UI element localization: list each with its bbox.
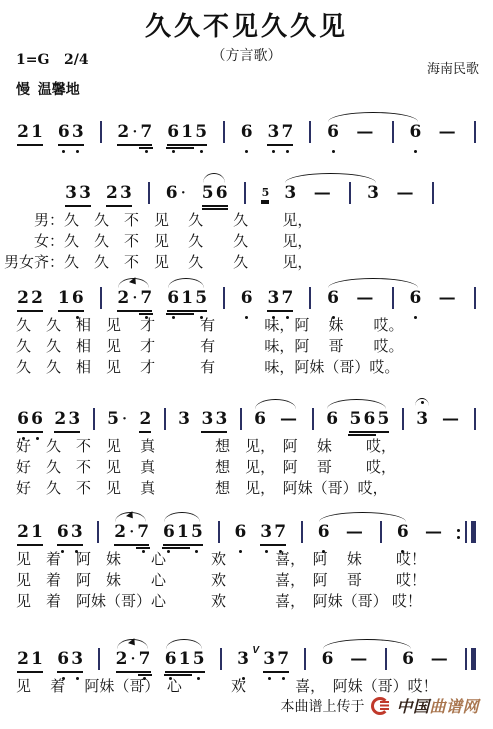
note: 6 [58,123,70,142]
note: 6 [322,650,334,669]
barline [392,121,394,143]
voice-label: 女： [0,231,64,252]
extra-beam-line [139,313,153,315]
note-group: 615 [166,123,208,154]
lyrics-block: 久 久 相 见 才 有 味，阿 妹 哎。久 久 相 见 才 有 味，阿 哥 哎。… [16,315,493,378]
note-group: 3V [236,650,250,681]
lyric-text: 久 久 不 见 久 久 见， [64,252,312,273]
low-octave-dot [61,550,64,553]
lyric-row: 久 久 相 见 才 有 味，阿 哥 哎。 [16,336,493,357]
low-octave-dot [279,550,282,553]
lyric-text: 好 久 不 见 真 想 见， 阿妹（哥）哎， [16,478,388,499]
brand-name-dark: 中国 [396,699,429,716]
low-octave-dot [332,150,335,153]
barline-thin [465,521,467,543]
barline-thin [465,648,467,670]
note: 2 [54,410,66,429]
note: 2 [116,650,128,669]
dash-note: — [311,184,333,203]
beam-line [58,310,84,312]
note-group: — [422,523,446,554]
tie-arc [319,512,406,522]
fermata-icon [415,398,429,406]
note-group: 21 [16,650,44,681]
low-octave-dot [286,150,289,153]
note: 3 [65,184,77,203]
note-group: 5· [106,410,129,441]
dot-after: · [128,523,135,542]
lyric-row: 好 久 不 见 真 想 见， 阿妹（哥）哎， [16,478,493,499]
note-group: — [435,123,459,154]
tie-arc [328,278,418,288]
dot-after: · [130,650,137,669]
note: 7 [140,123,152,142]
note-group: 615 [164,650,206,681]
key-time-signature: 1=G 2/4 [16,52,89,68]
low-octave-dot [245,150,248,153]
lyrics-block: 男：久 久 不 见 久 久 见，女：久 久 不 见 久 久 见，男女齐：久 久 … [0,210,493,273]
beam-line [201,431,227,433]
note: 7 [140,289,152,308]
barline [432,182,434,204]
extra-beam-line [166,313,180,315]
brand-name-light: 曲谱网 [429,699,479,716]
note-group: 2·7 [116,123,153,154]
low-octave-dot [172,150,175,153]
note-group: 2 [138,410,152,441]
music-system: 21632·76156376—6— [0,109,493,154]
note: 2 [17,523,29,542]
note: 6 [241,123,253,142]
low-octave-dot [268,677,271,680]
low-octave-dot [200,150,203,153]
barline-thick [471,521,476,543]
extra-beam-line [362,434,376,436]
note-group: — [353,123,377,154]
portamento-arrow-icon [128,638,138,648]
low-octave-dot [142,550,145,553]
beam-line [65,205,91,207]
note-group: 3 [177,410,191,441]
note: 7 [277,650,289,669]
note: 6 [318,523,330,542]
note: 3 [267,289,279,308]
barline [93,408,95,430]
note: 5 [349,410,361,429]
note: 6 [57,523,69,542]
note: 6 [165,650,177,669]
low-octave-dot [195,550,198,553]
beam-line [57,544,83,546]
note: 6 [241,289,253,308]
note-group: 63 [56,523,84,554]
brand-name: 中国曲谱网 [396,694,479,717]
note-group: 6 [240,289,254,320]
note: 7 [281,123,293,142]
note-group: 6 [240,123,254,154]
low-octave-dot [322,550,325,553]
music-system: 22162·76156376—6—久 久 相 见 才 有 味，阿 妹 哎。久 久… [0,275,493,378]
note-group: — [427,650,451,681]
note-group: 6 [408,123,422,154]
beam-line [267,310,293,312]
beam-line [167,144,207,146]
extra-beam-line [176,547,190,549]
note: 3 [71,523,83,542]
note: 6 [409,289,421,308]
note: 2 [139,410,151,429]
note-group: 615 [162,523,204,554]
note-group: 37 [262,650,290,681]
note: 1 [58,289,70,308]
extra-beam-line [180,147,194,149]
lyric-text: 久 久 相 见 才 有 味，阿 哥 哎。 [16,336,404,357]
note-group: 3 [415,410,429,441]
note: 1 [31,650,43,669]
note: 5 [195,123,207,142]
low-octave-dot [265,550,268,553]
note-group: 6 [317,523,331,554]
extra-beam-line [164,674,178,676]
low-octave-dot [172,316,175,319]
dot-after: · [180,184,187,203]
extra-beam-line [180,313,194,315]
note-group: 6· [165,184,188,215]
note: 6 [166,184,178,203]
tempo-marking: 慢 温馨地 [16,79,80,99]
note-group: 21 [16,523,44,554]
barline [474,287,476,309]
note: 3 [267,123,279,142]
note-group: — [342,523,366,554]
note: 3 [284,184,296,203]
note: 6 [167,289,179,308]
note-group: 6 [321,650,335,681]
beam-line [139,431,151,433]
note: 5 [107,410,119,429]
note-group: 2·7 [113,523,150,554]
low-octave-dot [76,316,79,319]
note: 6 [327,289,339,308]
dash-note: — [436,289,458,308]
beam-line [263,671,289,673]
slur-arc [117,639,148,649]
low-octave-dot [239,550,242,553]
beam-line [116,671,151,673]
low-octave-dot [62,150,65,153]
note: 1 [31,523,43,542]
note-group: 66 [16,410,44,441]
beam-line [202,205,228,207]
site-logo-icon [371,697,389,715]
slur-arc [164,512,200,522]
extra-beam-line [136,547,150,549]
beam-line [54,431,80,433]
low-octave-dot [272,316,275,319]
low-octave-dot [169,677,172,680]
dash-note: — [343,523,365,542]
low-octave-dot [414,316,417,319]
note-group: — [439,410,463,441]
note-group: 6 [396,523,410,554]
slur-arc [118,278,149,288]
note-group: 6 [253,410,267,441]
note-group: — [435,289,459,320]
repeat-barline [457,521,478,554]
barline [304,648,306,670]
note-group: — [393,184,417,215]
note-group: 16 [57,289,85,320]
barline [309,287,311,309]
barline [148,182,150,204]
note-group: 33 [64,184,92,215]
note: 3 [71,650,83,669]
source-attribution: 海南民歌 [427,58,479,77]
barline [244,182,246,204]
barline [301,521,303,543]
beam-line [117,310,152,312]
grace-note-group: 5 [260,187,270,205]
note: 6 [326,410,338,429]
note: 2 [17,289,29,308]
lyric-text: 见 着 阿 妹 心 欢 喜， 阿 哥 哎！ [16,570,426,591]
note: 6 [72,289,84,308]
music-line: 21632·76156376—6— [16,109,478,154]
note: 5 [202,184,214,203]
tie-arc [285,173,376,183]
note: 3 [68,410,80,429]
low-octave-dot [76,677,79,680]
beam-line [117,144,152,146]
low-octave-dot [143,677,146,680]
slur-arc [115,512,146,522]
dash-note: — [423,523,445,542]
note: 7 [139,650,151,669]
low-octave-dot [75,550,78,553]
note-group: 37 [266,123,294,154]
note: 6 [167,123,179,142]
dash-note: — [440,410,462,429]
note: 6 [163,523,175,542]
note: 3 [72,123,84,142]
low-octave-dot [22,437,25,440]
dot-after: · [121,410,128,429]
score: 21632·76156376—6—33236·5653—3—男：久 久 不 见 … [0,109,493,697]
note-group: 23 [53,410,81,441]
note: 5 [191,523,203,542]
note-group: 565 [348,410,390,441]
music-line: 22162·76156376—6— [16,275,478,320]
lyric-text: 久 久 不 见 久 久 见， [64,231,312,252]
barline [349,182,351,204]
beam-line [349,431,389,433]
note-group: 6 [408,289,422,320]
note: 7 [281,289,293,308]
extra-beam-line [166,147,180,149]
low-octave-dot [414,150,417,153]
beam-line [17,544,43,546]
note: 3 [263,650,275,669]
voice-label: 男女齐： [0,252,64,273]
lyric-row: 男女齐：久 久 不 见 久 久 见， [0,252,493,273]
barline [218,521,220,543]
note: 6 [363,410,375,429]
beam-line [261,202,269,204]
note: 1 [31,123,43,142]
note: 3V [237,650,249,669]
barline [312,408,314,430]
lyric-row: 女：久 久 不 见 久 久 见， [0,231,493,252]
tie-arc [323,639,411,649]
note: 5 [377,410,389,429]
note: 1 [181,123,193,142]
note-group: 6 [325,410,339,441]
low-octave-dot [145,150,148,153]
dash-note: — [354,123,376,142]
lyric-row: 久 久 相 见 才 有 味，阿妹（哥）哎。 [16,357,493,378]
note-group: — [347,650,371,681]
note-group: 56 [201,184,229,215]
barline-thick [471,648,476,670]
note-group: 23 [105,184,133,215]
upload-note: 本曲谱上传于 [280,696,364,716]
low-octave-dot [286,316,289,319]
note: 2 [117,289,129,308]
low-octave-dot [36,437,39,440]
note: 3 [201,410,213,429]
lyrics-block: 见 着 阿 妹 心 欢 喜， 阿 妹 哎！见 着 阿 妹 心 欢 喜， 阿 哥 … [16,549,493,612]
note: 3 [178,410,190,429]
lyric-row: 见 着 阿妹（哥）心 欢 喜， 阿妹（哥） 哎！ [16,591,493,612]
note: 6 [402,650,414,669]
note-group: 6 [326,123,340,154]
beam-line [17,310,43,312]
beam-line [202,208,228,210]
note: 7 [137,523,149,542]
beam-line [17,144,43,146]
note: 5 [261,187,269,199]
note: 1 [177,523,189,542]
note: 1 [181,289,193,308]
beam-line [17,671,43,673]
lyric-text: 久 久 相 见 才 有 味，阿妹（哥）哎。 [16,357,399,378]
note-group: 22 [16,289,44,320]
footer: 本曲谱上传于 中国曲谱网 [280,694,479,717]
note: 6 [409,123,421,142]
low-octave-dot [167,550,170,553]
low-octave-dot [76,150,79,153]
note: 3 [416,410,428,429]
extra-beam-line [138,674,152,676]
music-system: 21632·76153V376—6—见 着 阿妹（哥） 心 欢 喜， 阿妹（哥）… [0,636,493,697]
low-octave-dot [242,677,245,680]
note: 5 [195,289,207,308]
breath-mark-icon: V [252,641,259,660]
note-group: 21 [16,123,44,154]
note: 2 [117,123,129,142]
dash-note: — [277,410,299,429]
extra-beam-line [348,434,362,436]
beam-line [260,544,286,546]
note-group: 63 [57,123,85,154]
barline [97,521,99,543]
dash-note: — [436,123,458,142]
note-group: — [353,289,377,320]
low-octave-dot [401,550,404,553]
voice-label: 男： [0,210,64,231]
note-group: — [310,184,334,215]
note: 3 [367,184,379,203]
barline [309,121,311,143]
beam-line [163,544,203,546]
dash-note: — [354,289,376,308]
note: 2 [17,650,29,669]
note: 3 [79,184,91,203]
note-group: 615 [166,289,208,320]
music-system: 66235·23336—65653—好 久 不 见 真 想 见， 阿 妹 哎，好… [0,396,493,499]
low-octave-dot [145,316,148,319]
lyric-text: 见 着 阿妹（哥）心 欢 喜， 阿妹（哥） 哎！ [16,591,422,612]
note-group: — [276,410,300,441]
tie-arc [255,399,296,409]
note: 3 [215,410,227,429]
lyric-row: 见 着 阿 妹 心 欢 喜， 阿 哥 哎！ [16,570,493,591]
music-system: 33236·5653—3—男：久 久 不 见 久 久 见，女：久 久 不 见 久… [0,170,493,273]
barline [402,408,404,430]
note: 3 [260,523,272,542]
note-group: 6 [233,523,247,554]
beam-line [267,144,293,146]
note: 6 [17,410,29,429]
low-octave-dot [282,677,285,680]
extra-beam-line [162,547,176,549]
note: 6 [31,410,43,429]
repeat-dot [457,529,460,532]
note: 6 [254,410,266,429]
barline [385,648,387,670]
note-group: 37 [266,289,294,320]
barline [223,287,225,309]
note-group: 6 [401,650,415,681]
note-group: 2·7 [115,650,152,681]
final-barline [463,648,478,681]
music-line: 21632·76156376—6— [16,509,478,554]
dot-after: · [131,123,138,142]
note-group: 63 [56,650,84,681]
lyrics-block: 好 久 不 见 真 想 见， 阿 妹 哎，好 久 不 见 真 想 见， 阿 哥 … [16,436,493,499]
note-group: 3 [283,184,297,215]
note: 6 [216,184,228,203]
low-octave-dot [272,150,275,153]
barline [392,287,394,309]
barline [474,408,476,430]
repeat-dots [457,529,460,539]
dot-after: · [131,289,138,308]
barline [223,121,225,143]
note-group: 2·7 [116,289,153,320]
portamento-arrow-icon [126,511,136,521]
tie-arc [327,399,386,409]
barline [100,121,102,143]
beam-line [114,544,149,546]
note-group: 37 [259,523,287,554]
low-octave-dot [245,316,248,319]
extra-beam-line [178,674,192,676]
music-system: 21632·76156376—6—见 着 阿 妹 心 欢 喜， 阿 妹 哎！见 … [0,509,493,612]
beam-line [57,671,83,673]
lyric-row: 好 久 不 见 真 想 见， 阿 哥 哎， [16,457,493,478]
beam-line [58,144,84,146]
